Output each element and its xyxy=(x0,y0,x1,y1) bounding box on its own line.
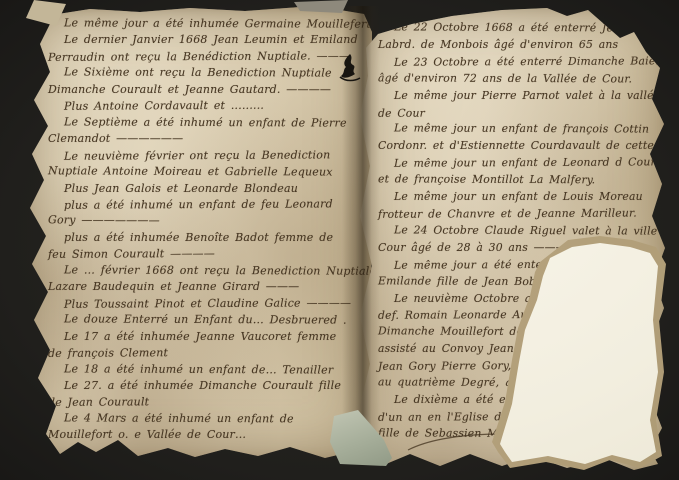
manuscript-line: Labrd. de Monbois âgé d'environ 65 ans xyxy=(378,37,679,54)
manuscript-line: Le même jour Pierre Parnot valet à la va… xyxy=(378,88,679,105)
manuscript-line: Nuptiale Antoine Moireau et Gabrielle Le… xyxy=(48,163,376,181)
manuscript-line: de Cour xyxy=(378,104,679,123)
manuscript-line: Dimanche Courault et Jeanne Gautard. ———… xyxy=(48,82,376,98)
manuscript-line: Le 24 Octobre Claude Riguel valet à la v… xyxy=(378,222,679,240)
left-page-text: Le même jour a été inhumée Germaine Moui… xyxy=(48,16,376,444)
manuscript-line: frotteur de Chanvre et de Jeanne Marille… xyxy=(378,205,679,224)
manuscript-line: Le même jour un enfant de Louis Moreau xyxy=(378,189,679,206)
manuscript-line: Le même jour un enfant de Leonard d Cour… xyxy=(378,154,679,173)
manuscript-line: Le 4 Mars a été inhumé un enfant de xyxy=(48,410,376,428)
paper-fragment xyxy=(294,0,348,13)
manuscript-line: Le 27. a été inhumée Dimanche Courault f… xyxy=(48,378,376,394)
manuscript-line: Plus Antoine Cordavault et ......... xyxy=(48,97,376,115)
manuscript-line: Le douze Enterré un Enfant du… Desbruere… xyxy=(48,311,376,329)
manuscript-line: âgé d'environ 72 ans de la Vallée de Cou… xyxy=(378,70,679,88)
manuscript-line: Cordonr. et d'Estiennette Courdavault de… xyxy=(378,138,679,155)
manuscript-line: Le même jour a été inhumée Germaine Moui… xyxy=(48,15,376,33)
manuscript-line: Le 22 Octobre 1668 a été enterré Jean L xyxy=(378,19,679,37)
manuscript-line: Le 23 Octobre a été enterré Dimanche Bai… xyxy=(378,53,679,72)
manuscript-line: Le neuvième février ont reçu la Benedict… xyxy=(48,147,376,165)
manuscript-line: Le Septième a été inhumé un enfant de Pi… xyxy=(48,114,376,132)
manuscript-line: Gory ——————— xyxy=(48,213,376,231)
manuscript-line: Le 18 a été inhumé un enfant de… Tenaill… xyxy=(48,361,376,379)
manuscript-line: de Jean Courault xyxy=(48,394,376,412)
manuscript-line: Le dernier Janvier 1668 Jean Leumin et E… xyxy=(48,32,376,48)
ink-blot-mark xyxy=(337,52,363,90)
manuscript-line: et de françoise Montillot La Malfery. xyxy=(378,171,679,189)
manuscript-line: Clemandot —————— xyxy=(48,131,376,147)
manuscript-line: de françois Clement xyxy=(48,344,376,362)
manuscript-line: Le 17 a été inhumée Jeanne Vaucoret femm… xyxy=(48,329,376,345)
manuscript-line: Le … février 1668 ont reçu la Benedictio… xyxy=(48,262,376,280)
manuscript-line: plus a été inhumée Benoîte Badot femme d… xyxy=(48,230,376,246)
manuscript-line: Plus Jean Galois et Leonarde Blondeau xyxy=(48,181,376,197)
manuscript-line: Lazare Baudequin et Jeanne Girard ——— xyxy=(48,279,376,295)
manuscript-line: Le même jour un enfant de françois Cotti… xyxy=(378,121,679,139)
manuscript-line: Perraudin ont reçu la Benédiction Nuptia… xyxy=(48,48,376,66)
left-page: Le même jour a été inhumée Germaine Moui… xyxy=(20,6,374,462)
manuscript-line: Plus Toussaint Pinot et Claudine Galice … xyxy=(48,295,376,313)
manuscript-scan: Le même jour a été inhumée Germaine Moui… xyxy=(0,0,679,480)
manuscript-line: Le Sixième ont reçu la Benediction Nupti… xyxy=(48,65,376,83)
manuscript-line: Mouillefort o. e Vallée de Cour… xyxy=(48,427,376,443)
manuscript-line: feu Simon Courault ———— xyxy=(48,245,376,263)
